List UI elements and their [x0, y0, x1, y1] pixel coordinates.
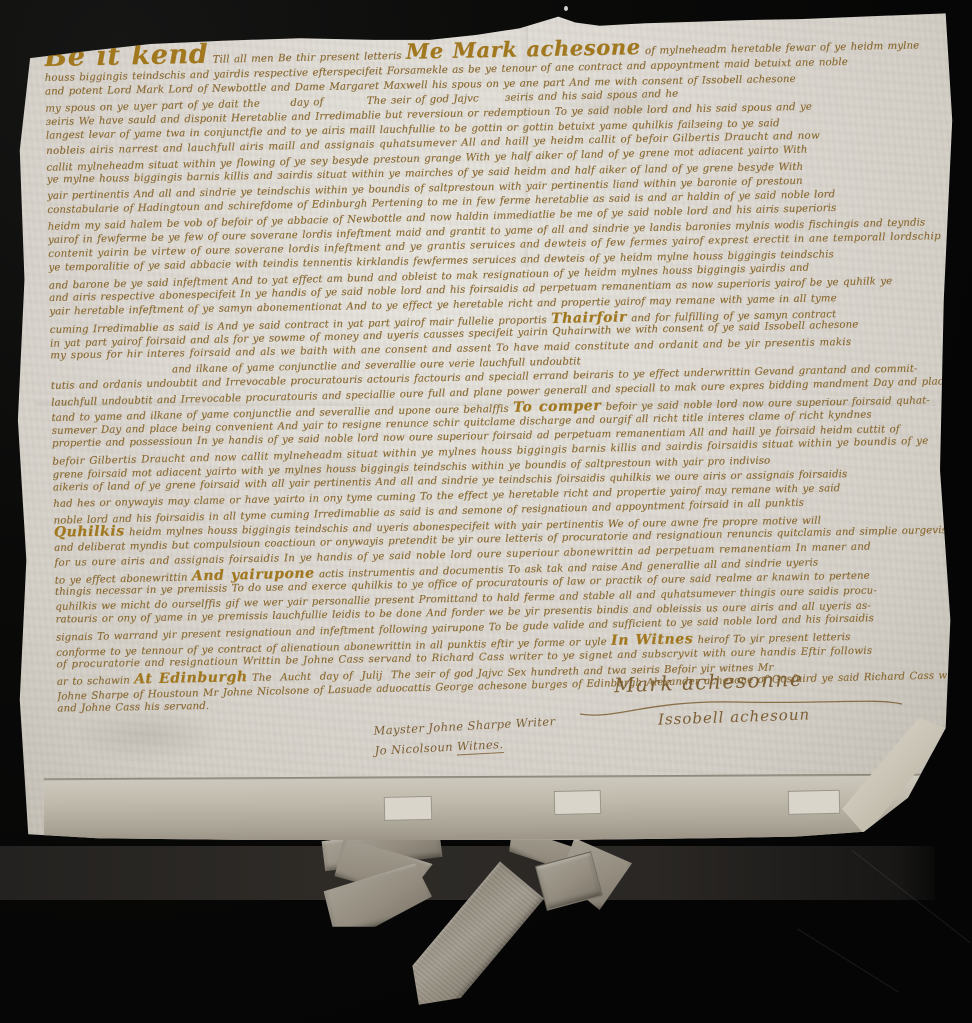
display-word: In Witnes	[611, 631, 694, 649]
seal-tag-slit	[554, 790, 602, 815]
signature-issobell-achesoun: Issobell achesoun	[658, 705, 811, 728]
manuscript-text: Be it kend Till all men Be thir present …	[44, 28, 957, 722]
witness-name: Jo Nicolsoun	[374, 739, 457, 757]
dust-speck	[564, 6, 568, 11]
display-word: At Edinburgh	[134, 669, 248, 687]
script-text: Till all men Be thir present letteris	[208, 51, 406, 66]
script-text: of mylneheadm heretable fewar of ye heid…	[641, 40, 920, 57]
display-word: Me Mark achesone	[406, 34, 641, 64]
display-word: Be it kend	[44, 39, 208, 72]
display-word: To comper	[513, 398, 601, 416]
seal-tag-slit	[788, 790, 841, 815]
script-text: ar to schawin	[57, 676, 135, 689]
plica-fold-strip	[44, 774, 928, 845]
backdrop-scratch	[797, 928, 899, 992]
script-text: and Johne Cass his servand.	[57, 700, 209, 714]
table-shadow-band	[0, 846, 935, 900]
display-word: Quhilkis	[54, 524, 125, 541]
witness-word: Witnes.	[457, 737, 504, 755]
archive-photo: Be it kend Till all men Be thir present …	[0, 0, 972, 1023]
witness-signatures: Mayster Johne Sharpe Writer Jo Nicolsoun…	[373, 711, 557, 760]
parchment-sheet: Be it kend Till all men Be thir present …	[16, 10, 956, 840]
seal-tag-slit	[384, 796, 433, 821]
script-text: heirof To yir present letteris	[693, 632, 850, 646]
